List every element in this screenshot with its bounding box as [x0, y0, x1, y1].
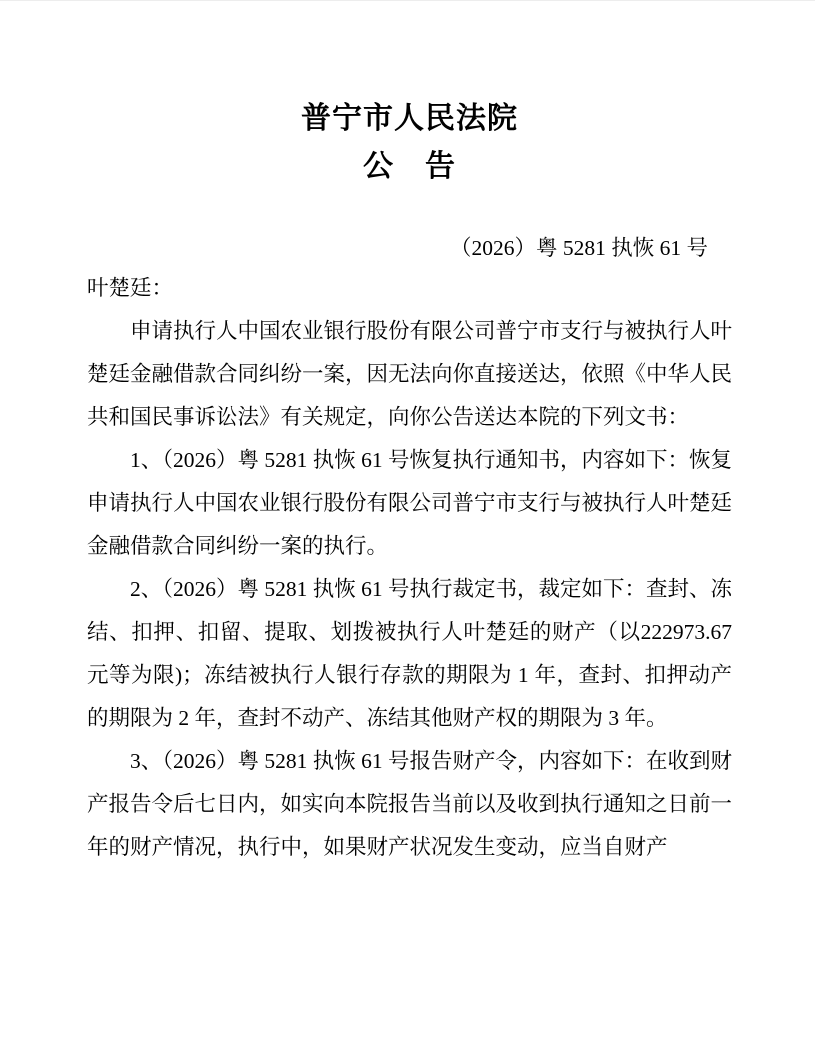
paragraph-item-3-property-report-order: 3、（2026）粤 5281 执恢 61 号报告财产令，内容如下：在收到财产报告…: [87, 740, 732, 869]
court-name-heading: 普宁市人民法院: [87, 95, 732, 143]
recipient-salutation: 叶楚廷：: [87, 267, 732, 310]
announcement-page: 普宁市人民法院 公 告 （2026）粤 5281 执恢 61 号 叶楚廷： 申请…: [0, 0, 815, 1055]
paragraph-intro: 申请执行人中国农业银行股份有限公司普宁市支行与被执行人叶楚廷金融借款合同纠纷一案…: [87, 310, 732, 439]
paragraph-item-1-resume-notice: 1、（2026）粤 5281 执恢 61 号恢复执行通知书，内容如下：恢复申请执…: [87, 439, 732, 568]
case-number: （2026）粤 5281 执恢 61 号: [87, 229, 732, 267]
paragraph-item-2-execution-ruling: 2、（2026）粤 5281 执恢 61 号执行裁定书，裁定如下：查封、冻结、扣…: [87, 568, 732, 740]
announcement-title: 公 告: [87, 143, 732, 191]
announcement-body: 叶楚廷： 申请执行人中国农业银行股份有限公司普宁市支行与被执行人叶楚廷金融借款合…: [87, 267, 732, 869]
